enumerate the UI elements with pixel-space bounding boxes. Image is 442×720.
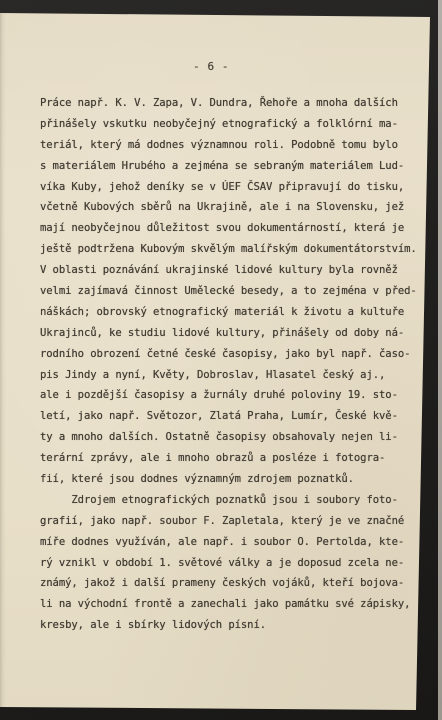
scanned-document-photo: - 6 - Práce např. K. V. Zapa, V. Dundra,… bbox=[0, 0, 442, 720]
text-line: pis Jindy a nyní, Květy, Dobroslav, Hlas… bbox=[40, 365, 420, 386]
paragraph: Práce např. K. V. Zapa, V. Dundra, Řehoř… bbox=[40, 93, 420, 490]
text-line: terární zprávy, ale i mnoho obrazů a pos… bbox=[40, 448, 420, 469]
text-line: Ukrajinců, ke studiu lidové kultury, při… bbox=[40, 323, 420, 344]
text-line: víka Kuby, jehož deníky se v ÚEF ČSAV př… bbox=[40, 177, 420, 198]
text-line: s materiálem Hrubého a zejména se sebran… bbox=[40, 156, 420, 177]
text-line: včetně Kubových sběrů na Ukrajině, ale i… bbox=[40, 197, 420, 218]
text-line: fií, které jsou dodnes významným zdrojem… bbox=[40, 469, 420, 490]
text-line: Práce např. K. V. Zapa, V. Dundra, Řehoř… bbox=[40, 93, 420, 114]
page-number: - 6 - bbox=[193, 60, 229, 73]
text-line: velmi zajímavá činnost Umělecké besedy, … bbox=[40, 281, 420, 302]
text-line: ty a mnoho dalších. Ostatně časopisy obs… bbox=[40, 427, 420, 448]
scan-edge-strip bbox=[438, 0, 442, 720]
text-line: míře dodnes využíván, ale např. i soubor… bbox=[40, 532, 420, 553]
text-line: ještě podtržena Kubovým skvělým malířský… bbox=[40, 239, 420, 260]
text-line: známý, jakož i další prameny českých voj… bbox=[40, 573, 420, 594]
text-line: Zdrojem etnografických poznatků jsou i s… bbox=[40, 490, 420, 511]
paper-sheet: - 6 - Práce např. K. V. Zapa, V. Dundra,… bbox=[0, 0, 442, 720]
text-line: kresby, ale i sbírky lidových písní. bbox=[40, 615, 420, 636]
text-line: rý vznikl v období 1. světové války a je… bbox=[40, 553, 420, 574]
text-line: ale i pozdější časopisy a žurnály druhé … bbox=[40, 385, 420, 406]
text-line: náškách; obrovský etnografický materiál … bbox=[40, 302, 420, 323]
text-line: letí, jako např. Světozor, Zlatá Praha, … bbox=[40, 406, 420, 427]
text-block: Práce např. K. V. Zapa, V. Dundra, Řehoř… bbox=[40, 93, 420, 636]
paragraph: Zdrojem etnografických poznatků jsou i s… bbox=[40, 490, 420, 636]
text-line: V oblasti poznávání ukrajinské lidové ku… bbox=[40, 260, 420, 281]
text-line: přinášely vskutku neobyčejný etnografick… bbox=[40, 114, 420, 135]
text-line: rodního obrození četné české časopisy, j… bbox=[40, 344, 420, 365]
text-line: li na východní frontě a zanechali jako p… bbox=[40, 594, 420, 615]
text-line: mají neobyčejnou důležitost svou dokumen… bbox=[40, 218, 420, 239]
text-line: grafií, jako např. soubor F. Zapletala, … bbox=[40, 511, 420, 532]
text-line: teriál, který má dodnes významnou roli. … bbox=[40, 135, 420, 156]
